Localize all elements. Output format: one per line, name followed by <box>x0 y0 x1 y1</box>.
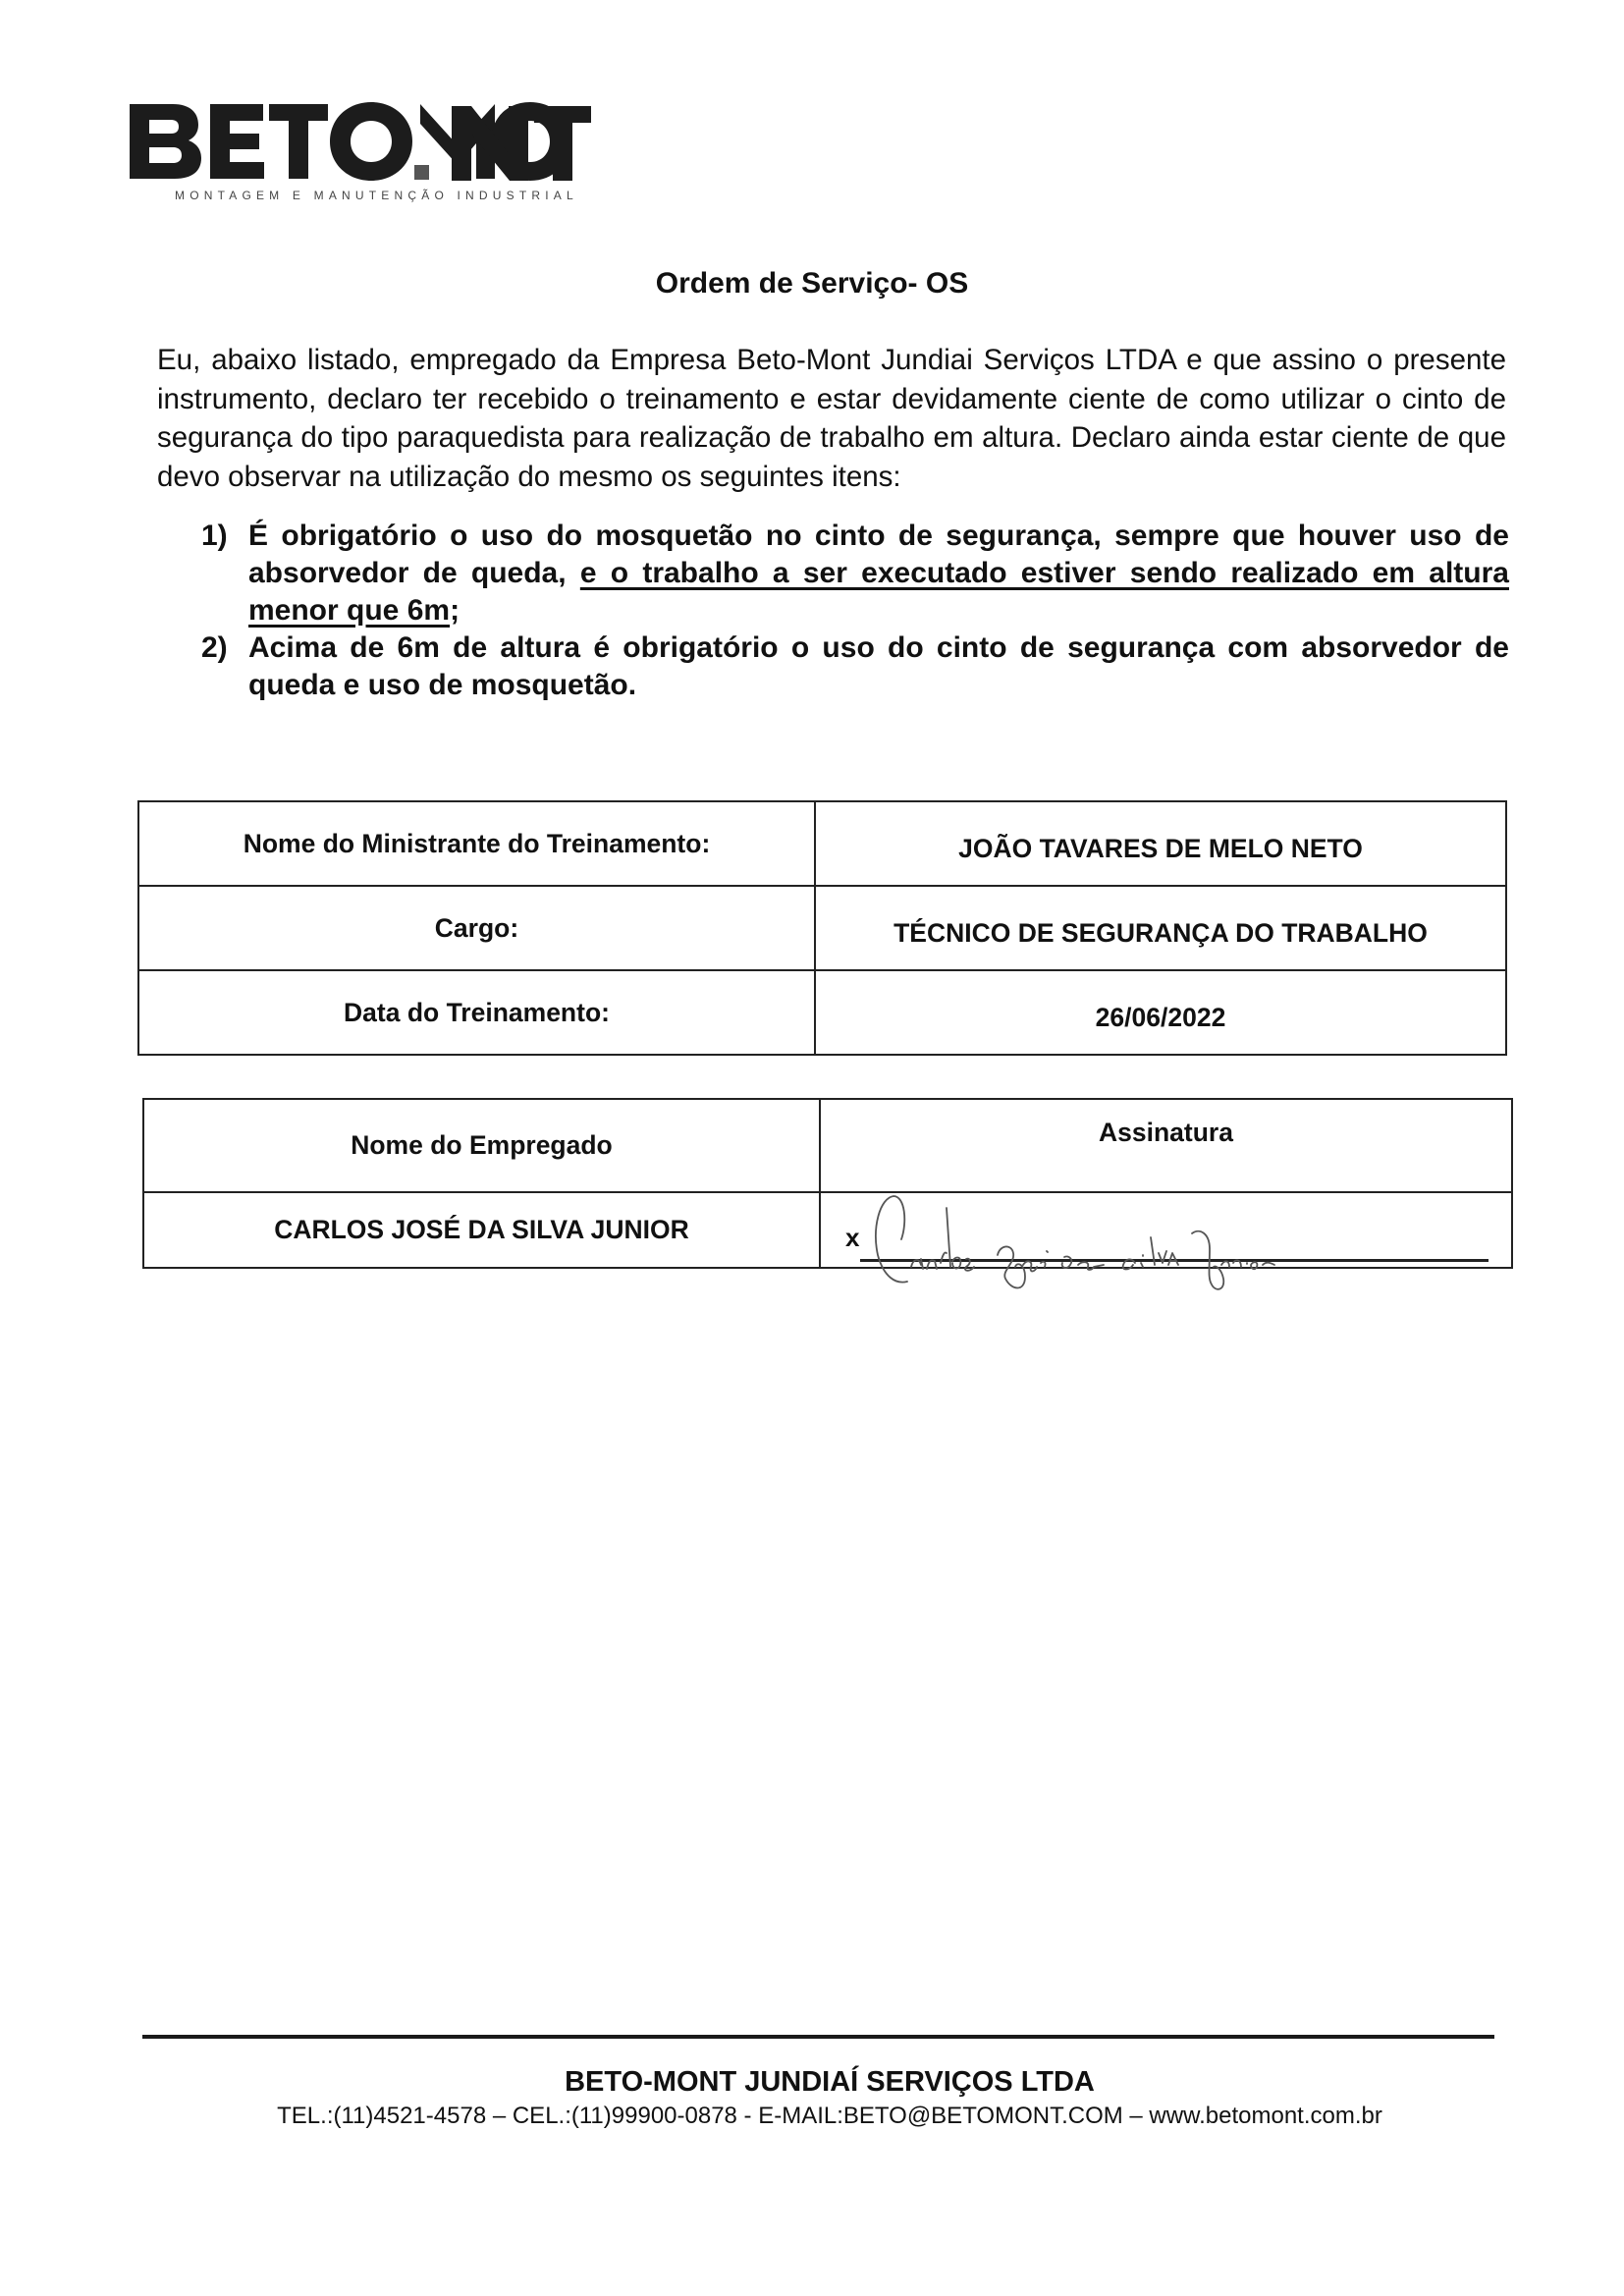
employee-name-header: Nome do Empregado <box>143 1099 820 1192</box>
employee-name-value: CARLOS JOSÉ DA SILVA JUNIOR <box>143 1192 820 1268</box>
footer-company-name: BETO-MONT JUNDIAÍ SERVIÇOS LTDA <box>0 2066 1624 2099</box>
signature-header: Assinatura <box>820 1099 1512 1192</box>
employee-signature-table: Nome do Empregado Assinatura CARLOS JOSÉ… <box>142 1098 1513 1269</box>
trainer-name-value: JOÃO TAVARES DE MELO NETO <box>815 801 1506 886</box>
item-text: Acima de 6m de altura é obrigatório o us… <box>248 629 1509 704</box>
requirement-item-2: 2) Acima de 6m de altura é obrigatório o… <box>201 629 1509 704</box>
logo-tagline: MONTAGEM E MANUTENÇÃO INDUSTRIAL <box>175 189 578 202</box>
training-date-label: Data do Treinamento: <box>138 970 815 1055</box>
table-header-row: Nome do Empregado Assinatura <box>143 1099 1512 1192</box>
requirements-list: 1) É obrigatório o uso do mosquetão no c… <box>201 518 1509 704</box>
requirement-item-1: 1) É obrigatório o uso do mosquetão no c… <box>201 518 1509 629</box>
document-title: Ordem de Serviço- OS <box>0 267 1624 301</box>
signature-line <box>860 1259 1489 1262</box>
signature-cell[interactable]: x <box>820 1192 1512 1268</box>
item-text: É obrigatório o uso do mosquetão no cint… <box>248 518 1509 629</box>
trainer-role-label: Cargo: <box>138 886 815 970</box>
item-number: 1) <box>201 518 248 629</box>
trainer-role-value: TÉCNICO DE SEGURANÇA DO TRABALHO <box>815 886 1506 970</box>
intro-paragraph: Eu, abaixo listado, empregado da Empresa… <box>157 341 1506 496</box>
training-date-value: 26/06/2022 <box>815 970 1506 1055</box>
footer-divider <box>142 2035 1494 2039</box>
table-row: CARLOS JOSÉ DA SILVA JUNIOR x <box>143 1192 1512 1268</box>
table-row: Nome do Ministrante do Treinamento: JOÃO… <box>138 801 1506 886</box>
logo-nt-glyphs <box>448 102 595 190</box>
training-info-table: Nome do Ministrante do Treinamento: JOÃO… <box>137 800 1507 1056</box>
footer-contact-info: TEL.:(11)4521-4578 – CEL.:(11)99900-0878… <box>0 2103 1624 2130</box>
item-text-plain: Acima de 6m de altura é obrigatório o us… <box>248 631 1509 701</box>
table-row: Cargo: TÉCNICO DE SEGURANÇA DO TRABALHO <box>138 886 1506 970</box>
trainer-name-label: Nome do Ministrante do Treinamento: <box>138 801 815 886</box>
signature-marker: x <box>845 1223 859 1253</box>
item-number: 2) <box>201 629 248 704</box>
item-text-end: ; <box>450 594 460 627</box>
table-row: Data do Treinamento: 26/06/2022 <box>138 970 1506 1055</box>
